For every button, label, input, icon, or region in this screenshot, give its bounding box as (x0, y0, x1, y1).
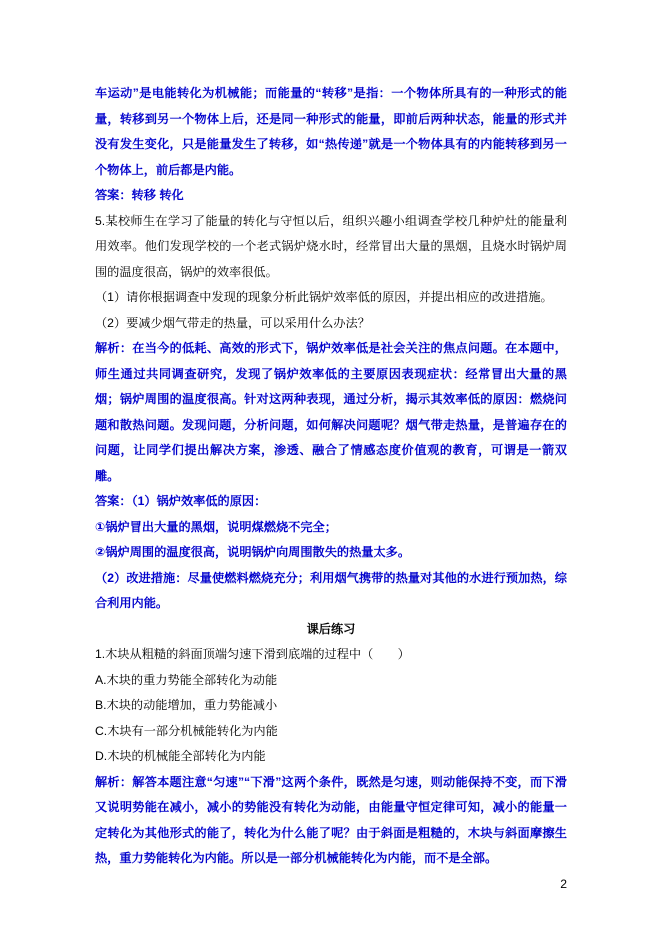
exercise-1-option-a: A.木块的重力势能全部转化为动能 (95, 668, 567, 694)
document-page: 车运动”是电能转化为机械能；而能量的“转移”是指：一个物体所具有的一种形式的能量… (0, 0, 661, 935)
question-5-analysis: 解析：在当今的低耗、高效的形式下，锅炉效率低是社会关注的焦点问题。在本题中，师生… (95, 336, 567, 489)
exercise-1-analysis: 解析：解答本题注意“匀速”“下滑”这两个条件，既然是匀速，则动能保持不变，而下滑… (95, 770, 567, 872)
answer-transfer-conversion: 答案：转移 转化 (95, 183, 567, 209)
question-5-answer-item-3: （2）改进措施：尽量使燃料燃烧充分；利用烟气携带的热量对其他的水进行预加热，综合… (95, 566, 567, 617)
section-heading-after-class-practice: 课后练习 (95, 617, 567, 643)
exercise-1-option-d: D.木块的机械能全部转化为内能 (95, 744, 567, 770)
exercise-1-option-c: C.木块有一部分机械能转化为内能 (95, 719, 567, 745)
question-5-part-2: （2）要减少烟气带走的热量，可以采用什么办法？ (95, 311, 567, 337)
question-5: 5.某校师生在学习了能量的转化与守恒以后，组织兴趣小组调查学校几种炉灶的能量利用… (95, 209, 567, 286)
exercise-1-option-b: B.木块的动能增加，重力势能减小 (95, 693, 567, 719)
exercise-1-question: 1.木块从粗糙的斜面顶端匀速下滑到底端的过程中（ ） (95, 642, 567, 668)
paragraph-energy-transfer-continuation: 车运动”是电能转化为机械能；而能量的“转移”是指：一个物体所具有的一种形式的能量… (95, 81, 567, 183)
question-5-answer-heading: 答案：（1）锅炉效率低的原因： (95, 489, 567, 515)
page-number: 2 (95, 872, 567, 898)
question-5-answer-item-2: ②锅炉周围的温度很高，说明锅炉向周围散失的热量太多。 (95, 540, 567, 566)
document-content: 车运动”是电能转化为机械能；而能量的“转移”是指：一个物体所具有的一种形式的能量… (95, 81, 567, 897)
question-5-part-1: （1）请你根据调查中发现的现象分析此锅炉效率低的原因，并提出相应的改进措施。 (95, 285, 567, 311)
question-5-answer-item-1: ①锅炉冒出大量的黑烟，说明煤燃烧不完全； (95, 515, 567, 541)
